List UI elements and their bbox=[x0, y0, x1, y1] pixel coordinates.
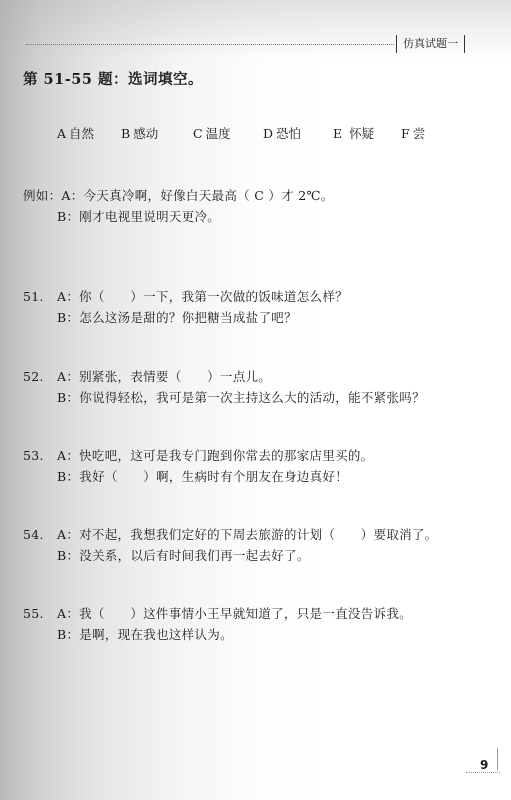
question-line-a: 55.A：我（ ）这件事情小王早就知道了，只是一直没告诉我。 bbox=[23, 604, 412, 622]
question-line-a: 52.A：别紧张，表情要（ ）一点儿。 bbox=[23, 367, 271, 385]
page-number: 9 bbox=[480, 758, 488, 772]
question-line-a: 51.A：你（ ）一下，我第一次做的饭味道怎么样？ bbox=[23, 287, 348, 305]
header-dotted-rule bbox=[26, 44, 394, 45]
question-line-b: B：怎么这汤是甜的？你把糖当成盐了吧？ bbox=[57, 308, 297, 326]
word-options: A自然 B感动 C温度 D恐怕 E怀疑 F尝 bbox=[57, 124, 425, 142]
option-a: A自然 bbox=[57, 124, 121, 142]
running-header: 仿真试题一 bbox=[396, 35, 465, 53]
option-d: D恐怕 bbox=[263, 124, 333, 142]
page-number-divider bbox=[497, 748, 498, 770]
option-c: C温度 bbox=[193, 124, 263, 142]
option-e: E怀疑 bbox=[333, 124, 401, 142]
question-line-b: B：是啊，现在我也这样认为。 bbox=[57, 625, 233, 643]
question-line-a: 53.A：快吃吧，这可是我专门跑到你常去的那家店里买的。 bbox=[23, 446, 374, 464]
page-number-dotted-rule bbox=[466, 772, 500, 773]
example-line-b: B：刚才电视里说明天更冷。 bbox=[57, 207, 220, 225]
section-heading: 第 51-55 题：选词填空。 bbox=[23, 68, 203, 89]
question-line-a: 54.A：对不起，我想我们定好的下周去旅游的计划（ ）要取消了。 bbox=[23, 525, 438, 543]
question-line-b: B：没关系，以后有时间我们再一起去好了。 bbox=[57, 546, 310, 564]
question-line-b: B：我好（ ）啊，生病时有个朋友在身边真好！ bbox=[57, 467, 348, 485]
option-b: B感动 bbox=[121, 124, 193, 142]
example-line-a: 例如：A：今天真冷啊，好像白天最高（ C ）才 2℃。 bbox=[23, 186, 334, 204]
option-f: F尝 bbox=[401, 124, 425, 142]
question-line-b: B：你说得轻松，我可是第一次主持这么大的活动，能不紧张吗？ bbox=[57, 388, 425, 406]
